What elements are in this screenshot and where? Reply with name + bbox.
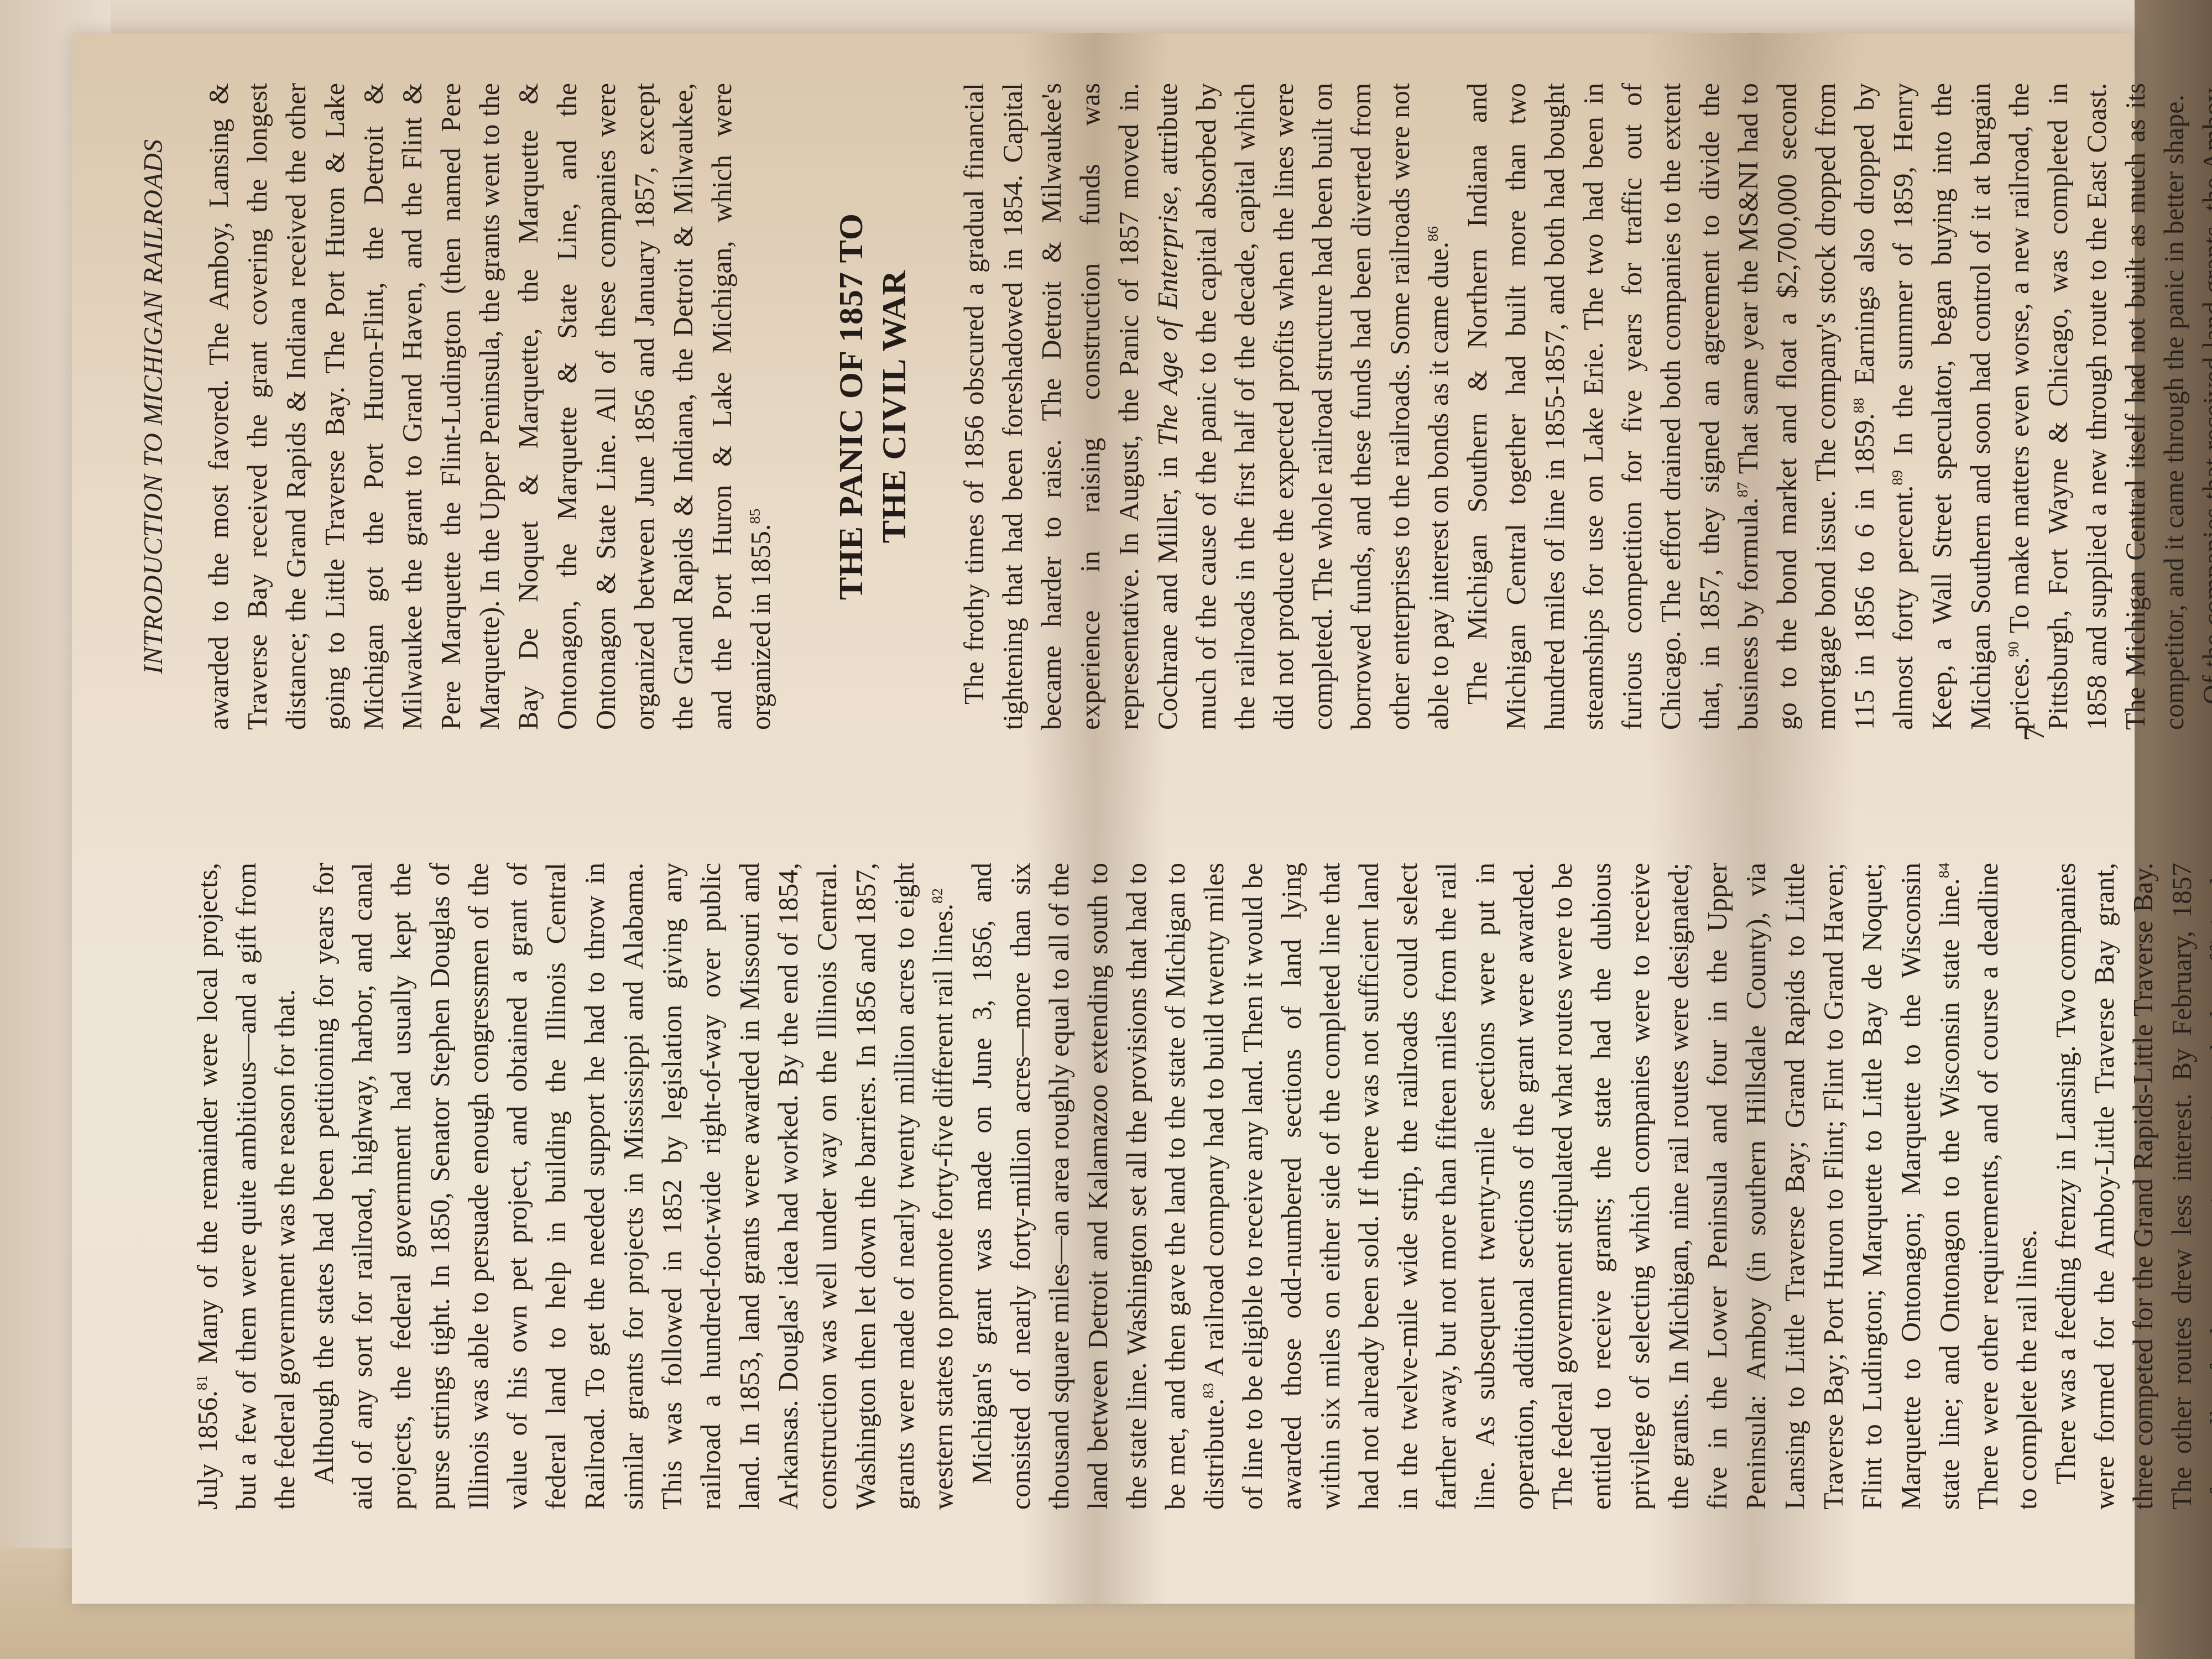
footnote-ref: 86 [1425,226,1442,242]
book-title: The Age of Enterprise [1152,192,1183,446]
page-number: 7 [2018,727,2051,741]
footnote-ref: 88 [1850,398,1867,413]
paragraph: July 1856.81 Many of the remainder were … [188,863,304,1510]
footnote-ref: 85 [747,508,764,524]
paragraph: Michigan's grant was made on June 3, 185… [962,863,2046,1510]
book-page: INTRODUCTION TO MICHIGAN RAILROADS July … [72,33,2135,1604]
left-column: July 1856.81 Many of the remainder were … [188,863,2212,1510]
paragraph: The frothy times of 1856 obscured a grad… [954,83,1458,730]
running-head: INTRODUCTION TO MICHIGAN RAILROADS [138,61,169,752]
section-heading: THE PANIC OF 1857 TO THE CIVIL WAR [830,83,916,730]
footnote-ref: 83 [1200,1383,1217,1399]
footnote-ref: 87 [1734,482,1751,498]
footnote-ref: 84 [1936,863,1953,878]
paragraph: Of the companies that received land gran… [2193,83,2212,730]
right-column: awarded to the most favored. The Amboy, … [199,83,2212,730]
footnote-ref: 90 [2005,641,2022,657]
footnote-ref: 82 [929,888,946,904]
paragraph: Although the states had been petitioning… [304,863,962,1510]
paragraph: The Michigan Southern & Northern Indiana… [1458,83,2193,730]
footnote-ref: 81 [194,1375,211,1390]
paragraph: There was a feeding frenzy in Lansing. T… [2046,863,2212,1510]
footnote-ref: 89 [1889,470,1906,486]
paragraph: awarded to the most favored. The Amboy, … [199,83,780,730]
